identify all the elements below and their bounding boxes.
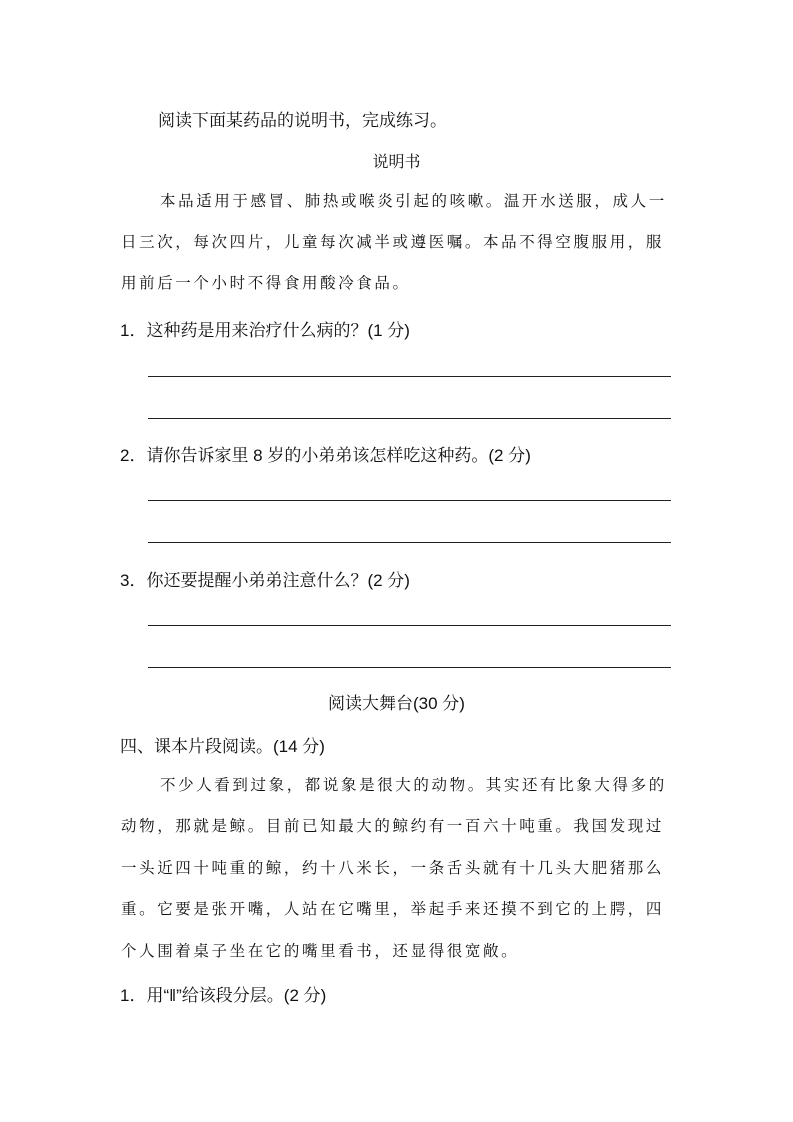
answer-line-q2-1[interactable] — [148, 500, 671, 501]
question-3: 3．你还要提醒小弟弟注意什么？(2 分) — [120, 566, 410, 591]
passage-line-4: 重。它要是张开嘴，人站在它嘴里，举起手来还摸不到它的上腭，四 — [121, 897, 664, 919]
question-2: 2．请你告诉家里 8 岁的小弟弟该怎样吃这种药。(2 分) — [120, 441, 531, 466]
passage-line-3: 一头近四十吨重的鲸，约十八米长，一条舌头就有十几头大肥猪那么 — [121, 856, 664, 878]
leaflet-line-1: 本品适用于感冒、肺热或喉炎引起的咳嗽。温开水送服，成人一 — [160, 189, 667, 211]
section-title: 阅读大舞台(30 分) — [0, 689, 793, 714]
answer-line-q1-1[interactable] — [148, 376, 671, 377]
answer-line-q3-2[interactable] — [148, 667, 671, 668]
intro-instruction: 阅读下面某药品的说明书，完成练习。 — [158, 106, 447, 131]
passage-line-2: 动物，那就是鲸。目前已知最大的鲸约有一百六十吨重。我国发现过 — [121, 814, 664, 836]
leaflet-title: 说明书 — [0, 149, 793, 172]
passage-line-1: 不少人看到过象，都说象是很大的动物。其实还有比象大得多的 — [160, 773, 667, 795]
answer-line-q3-1[interactable] — [148, 625, 671, 626]
answer-line-q2-2[interactable] — [148, 542, 671, 543]
part4-heading: 四、课本片段阅读。(14 分) — [120, 732, 325, 757]
answer-line-q1-2[interactable] — [148, 418, 671, 419]
part4-question-1: 1．用“‖”给该段分层。(2 分) — [120, 981, 326, 1006]
question-1: 1．这种药是用来治疗什么病的？(1 分) — [120, 316, 410, 341]
leaflet-line-3: 用前后一个小时不得食用酸冷食品。 — [121, 271, 411, 293]
passage-line-5: 个人围着桌子坐在它的嘴里看书，还显得很宽敞。 — [121, 939, 519, 961]
leaflet-line-2: 日三次，每次四片，儿童每次减半或遵医嘱。本品不得空腹服用，服 — [121, 230, 664, 252]
